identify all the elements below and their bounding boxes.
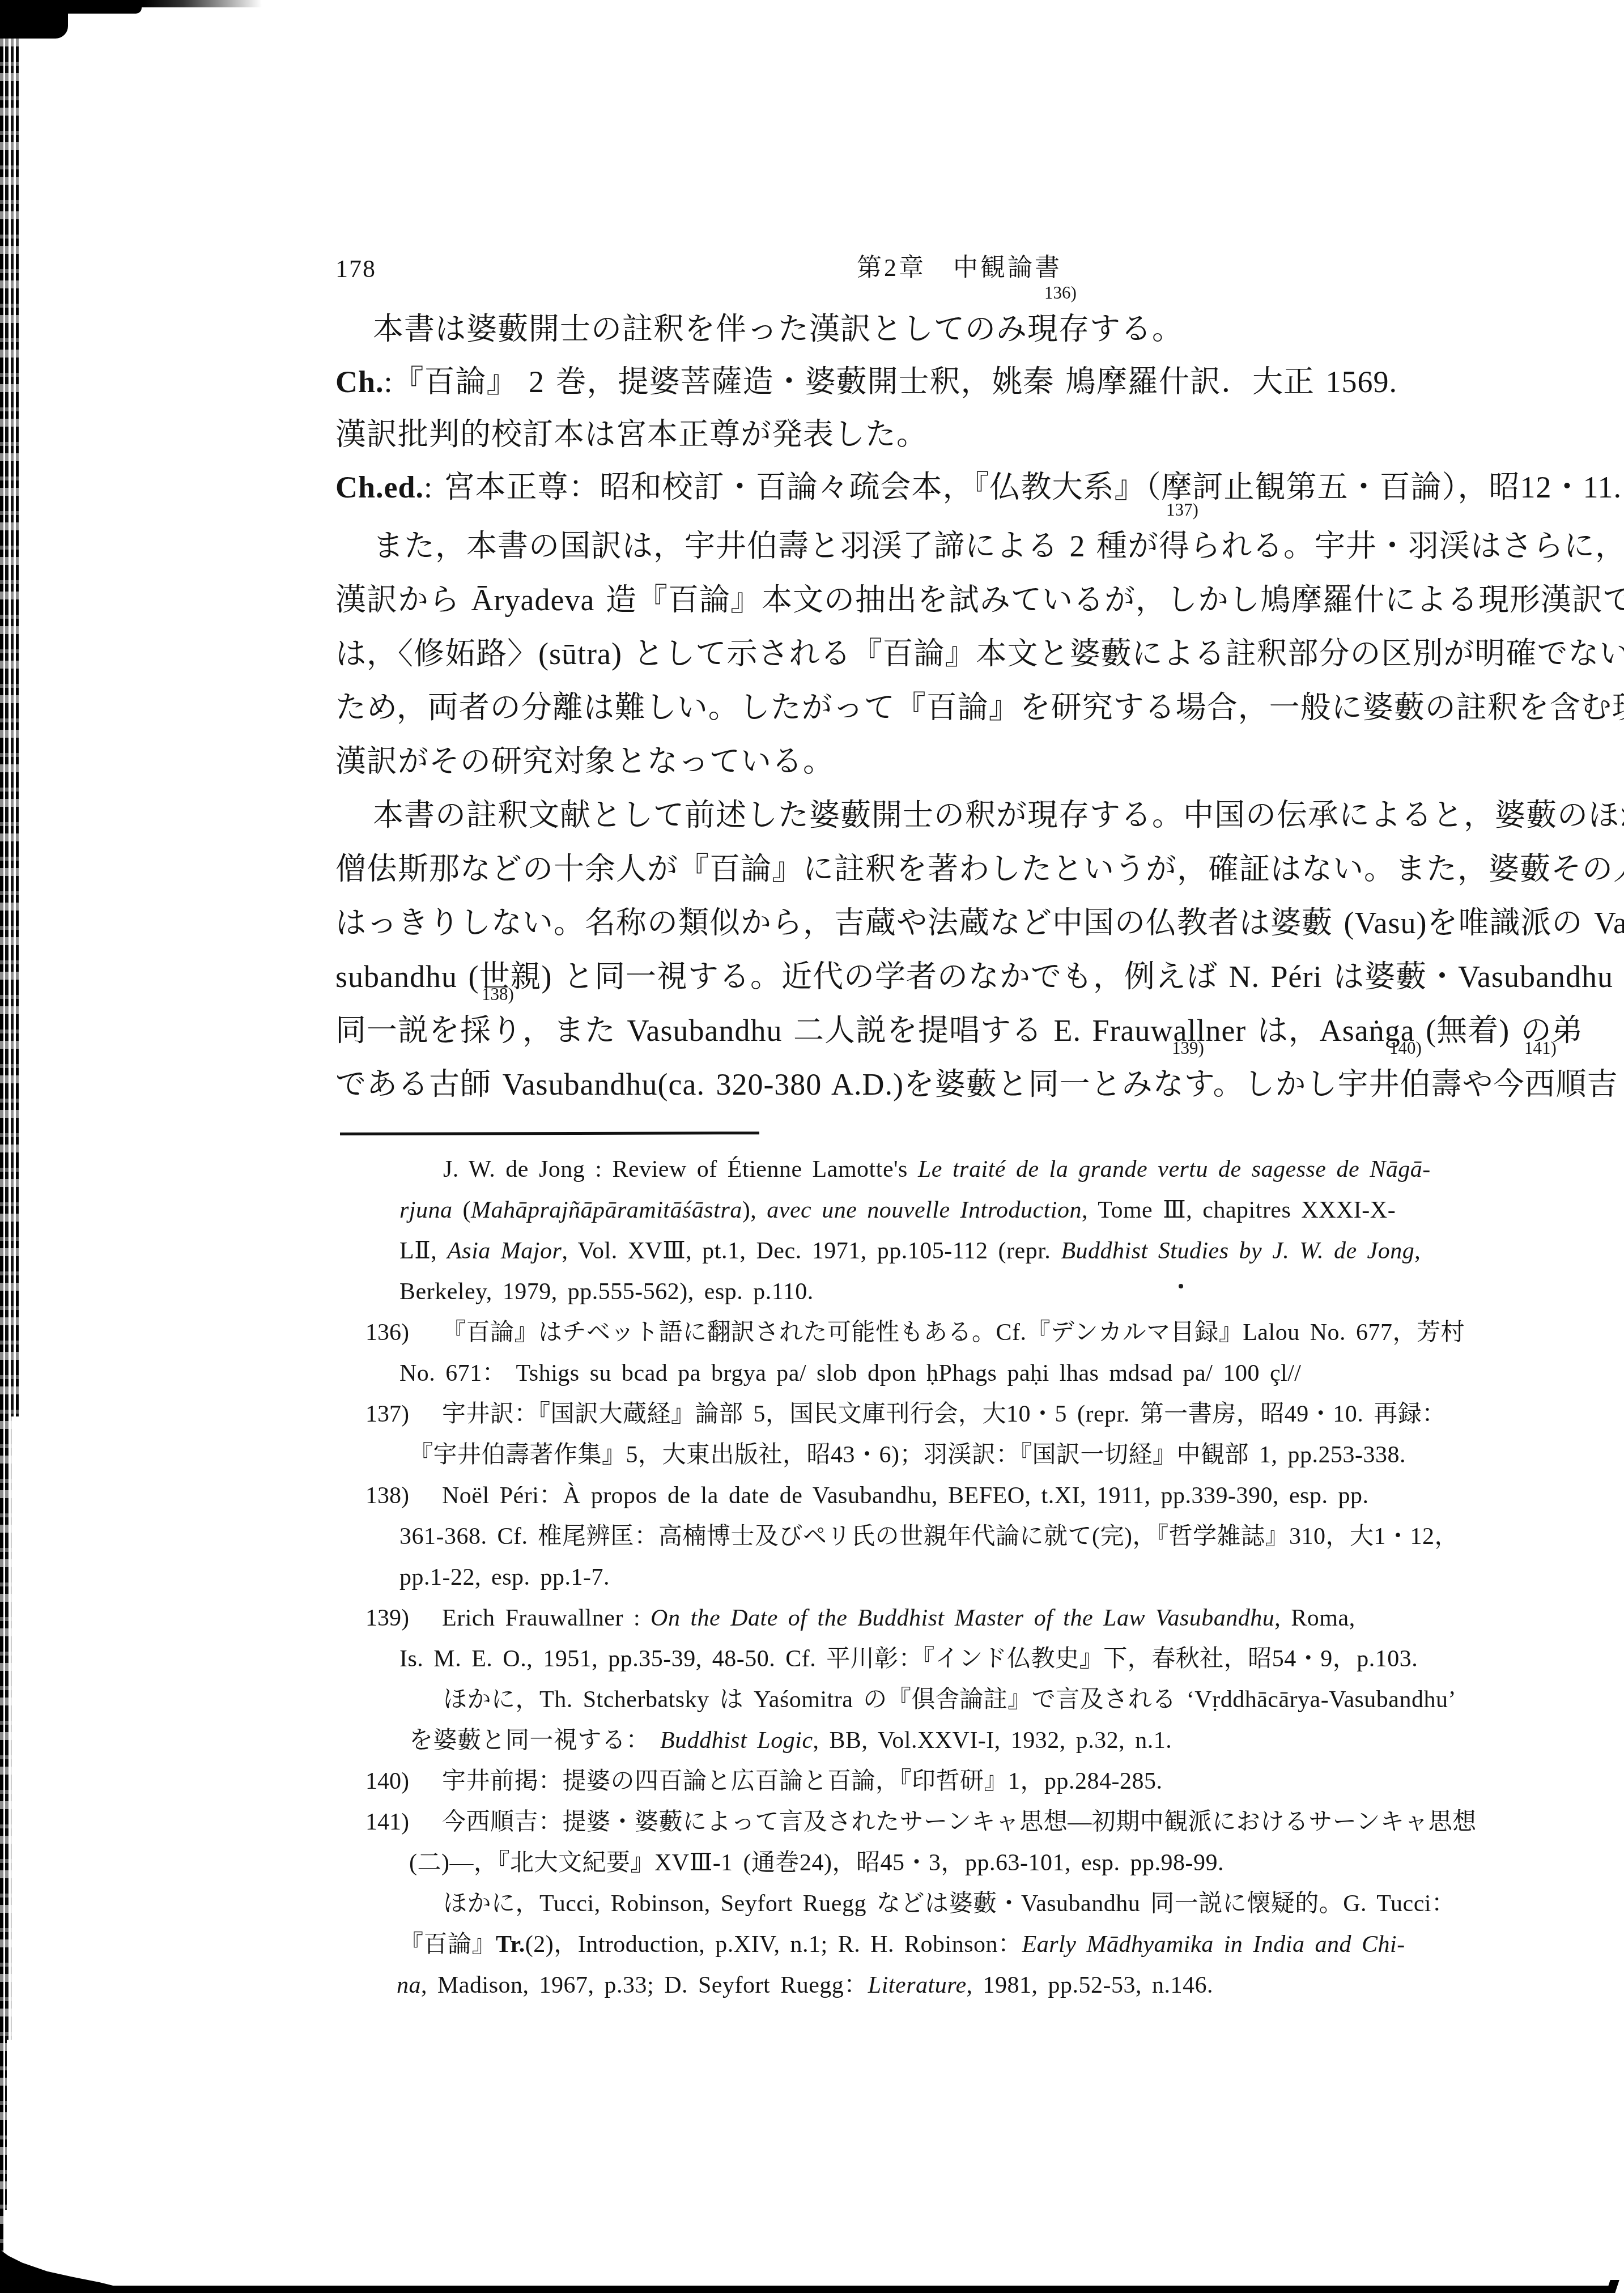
footnote-line: 137)宇井訳：『国訳大蔵経』論部 5，国民文庫刊行会，大10・5 (repr.… [365,1401,1446,1428]
body-text-line: 僧佉斯那などの十余人が『百論』に註釈を著わしたというが，確証はない。また，婆藪そ… [335,852,1624,887]
body-text-line: 本書は婆藪開士の註釈を伴った漢訳としてのみ現存する。 [373,312,1183,347]
scan-artifact-bottom-bar [33,2286,1613,2293]
body-text-line: は，〈修妬路〉(sūtra) として示される『百論』本文と婆藪による註釈部分の区… [335,636,1624,671]
body-text-line: 漢訳がその研究対象となっている。 [335,744,834,779]
body-text-line: Ch.ed.: 宮本正尊：昭和校訂・百論々疏会本，『仏教大系』（摩訶止観第五・百… [335,470,1622,505]
footnote-line: ほかに，Th. Stcherbatsky は Yaśomitra の『倶舎論註』… [443,1686,1456,1713]
scan-artifact-band-fade [7,2040,24,2210]
footnote-line: 140)宇井前掲：提婆の四百論と広百論と百論，『印哲研』1，pp.284-285… [365,1768,1163,1795]
body-text-line: また，本書の国訳は，宇井伯壽と羽渓了諦による 2 種が得られる。宇井・羽渓はさら… [373,529,1624,564]
footnote-line: 141)今西順吉：提婆・婆藪によって言及されたサーンキャ思想―初期中観派における… [365,1809,1477,1836]
footnote-separator-rule [340,1131,759,1135]
body-text-line: subandhu (世親) と同一視する。近代の学者のなかでも，例えば N. P… [335,959,1613,994]
footnote-marker: 136) [1044,283,1077,303]
footnote-marker: 137) [1166,500,1198,520]
scan-artifact-ink-dot [1179,1284,1183,1288]
footnote-line: No. 671： Tshigs su bcad pa brgya pa/ slo… [399,1360,1302,1387]
footnote-marker: 140) [1389,1038,1422,1058]
footnote-marker: 138) [482,984,514,1005]
footnote-line: Is. M. E. O., 1951, pp.35-39, 48-50. Cf.… [399,1645,1418,1673]
footnote-line: 139)Erich Frauwallner : On the Date of t… [365,1605,1355,1632]
footnote-number: 138) [365,1482,442,1509]
footnote-number: 139) [365,1605,442,1632]
footnote-line: na, Madison, 1967, p.33; D. Seyfort Rueg… [397,1972,1213,1999]
scan-artifact-top-smear [0,0,262,7]
body-text-line: 本書の註釈文献として前述した婆藪開士の釈が現存する。中国の伝承によると，婆藪のほ… [373,798,1624,833]
body-text-line: である古師 Vasubandhu(ca. 320-380 A.D.)を婆藪と同一… [335,1067,1618,1102]
footnote-line: 361-368. Cf. 椎尾辨匡：高楠博士及びペリ氏の世親年代論に就て(完)，… [399,1523,1459,1550]
body-text-line: 漢訳批判的校訂本は宮本正尊が発表した。 [335,417,928,452]
body-text-line: Ch.:『百論』 2 巻，提婆菩薩造・婆藪開士釈，姚秦 鳩摩羅什訳．大正 156… [335,364,1397,399]
footnote-line: を婆藪と同一視する： Buddhist Logic, BB, Vol.XXVI-… [409,1727,1172,1754]
body-text-line: はっきりしない。名称の類似から，吉蔵や法蔵など中国の仏教者は婆藪 (Vasu)を… [335,905,1624,941]
footnote-line: rjuna (Mahāprajñāpāramitāśāstra), avec u… [399,1197,1396,1224]
footnote-line: J. W. de Jong : Review of Étienne Lamott… [443,1156,1431,1183]
footnote-marker: 139) [1172,1038,1204,1058]
footnote-line: 138)Noël Péri：À propos de la date de Vas… [365,1482,1368,1509]
footnote-line: 136)『百論』はチベット語に翻訳された可能性もある。Cf.『デンカルマ目録』L… [365,1319,1465,1346]
footnote-line: Berkeley, 1979, pp.555-562), esp. p.110. [399,1278,814,1305]
footnote-number: 137) [365,1401,442,1428]
footnote-line: LⅡ, Asia Major, Vol. XVⅢ, pt.1, Dec. 197… [399,1237,1421,1265]
scan-artifact-bottom-tick [1606,2280,1619,2293]
page-number: 178 [335,255,376,284]
footnote-line: 『宇井伯壽著作集』5，大東出版社，昭43・6)；羽渓訳：『国訳一切経』中観部 1… [409,1441,1406,1469]
chapter-header: 第2章 中観論書 [857,254,1062,283]
footnote-marker: 141) [1524,1038,1557,1058]
footnote-number: 140) [365,1768,442,1795]
footnote-line: pp.1-22, esp. pp.1-7. [399,1564,610,1591]
footnote-line: ほかに，Tucci, Robinson, Seyfort Ruegg などは婆藪… [443,1890,1455,1917]
footnote-line: 『百論』Tr.(2)，Introduction, p.XIV, n.1; R. … [399,1931,1405,1958]
scanned-page: 178 第2章 中観論書 本書は婆藪開士の註釈を伴った漢訳としてのみ現存する。C… [0,0,1624,2293]
footnote-number: 136) [365,1319,442,1346]
footnote-line: (二)―，『北大文紀要』XVⅢ-1 (通巻24)，昭45・3，pp.63-101… [409,1849,1224,1877]
body-text-line: ため，両者の分離は難しい。したがって『百論』を研究する場合，一般に婆藪の註釈を含… [335,690,1624,725]
body-text-line: 漢訳から Āryadeva 造『百論』本文の抽出を試みているが，しかし鳩摩羅什に… [335,582,1624,618]
footnote-number: 141) [365,1809,442,1836]
scan-artifact-band-fade [11,1416,24,2040]
